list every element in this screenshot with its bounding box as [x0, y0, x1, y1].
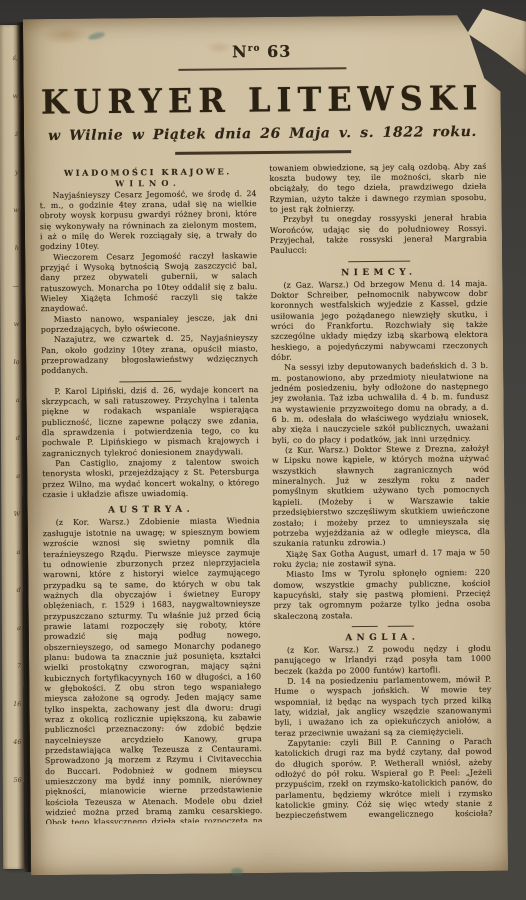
paragraph: Nazajutrz, we czwartek d. 25, Nayjaśniey…: [41, 333, 258, 376]
masthead-divider-bottom: [175, 150, 351, 154]
right-column: towaniem obwiedzione, są jey całą ozdobą…: [269, 161, 492, 821]
paragraph: Zapytanie: czyli Bill P. Canning o Parac…: [275, 737, 493, 824]
paragraph: D. 14 na posiedzeniu parlamentowem, mówi…: [274, 675, 492, 739]
paragraph: P. Karol Lipiński, dziś d. 26, wydaje ko…: [41, 385, 259, 459]
paragraph: (z Kor. Warsz.) Z powodu nędzy i głodu p…: [274, 644, 491, 677]
paragraph: Miasto nanowo, wspanialey jescze, jak dn…: [41, 313, 258, 336]
issue-value: 63: [267, 42, 291, 61]
section-divider-double: [274, 625, 491, 628]
issue-prefix: N: [232, 42, 248, 61]
paragraph: (z Kur. Warsz.) Doktor Stewe z Drezna, z…: [272, 444, 490, 550]
section-divider: [348, 260, 410, 262]
section-heading-wilno: WILNO.: [39, 177, 256, 189]
paragraph: Xiążę Sax Gotha August, umarł d. 17 maja…: [273, 547, 490, 570]
paragraph: Pan Castiglio, znajomy z talentow swoich…: [42, 457, 259, 500]
paragraph: Przybył tu onegday rossyyski jenerał hra…: [270, 213, 487, 256]
paragraph: Nayjaśnieyszy Cesarz Jegomość, we środę …: [40, 189, 258, 253]
section-heading-austria: AUSTRYA.: [43, 505, 260, 517]
left-column: WIADOMOŚCI KRAJOWE. WILNO. Nayjaśnieyszy…: [39, 164, 262, 824]
paragraph: (z Gaz. Warsz.) Od brzegow Menu d. 14 ma…: [270, 278, 488, 363]
section-divider: [119, 380, 181, 382]
section-heading-germany: NIEMCY.: [270, 266, 487, 278]
ink-smudge: [231, 868, 243, 875]
paragraph: (z Kor. Warsz.) Zdobienie miasta Wiednia…: [43, 517, 263, 824]
section-heading-domestic-news: WIADOMOŚCI KRAJOWE.: [39, 166, 256, 178]
paragraph: Miasto Ims w Tyrolu spłonęło ogniem: 220…: [273, 568, 490, 622]
photo-background: ś, w ż y w h — w ło a d a W a d a 7 16 4…: [0, 0, 526, 900]
newspaper-page: Nro 63 KURYER LITEWSKI w Wilnie w Piątek…: [23, 15, 508, 876]
dateline: w Wilnie w Piątek dnia 26 Maja v. s. 182…: [24, 124, 501, 145]
body-columns: WIADOMOŚCI KRAJOWE. WILNO. Nayjaśnieyszy…: [24, 161, 507, 824]
paragraph: Na sessyi izby deputowanych badeńskich d…: [271, 361, 489, 446]
issue-superscript: ro: [248, 44, 261, 54]
issue-number: Nro 63: [23, 40, 500, 64]
newspaper-title: KURYER LITEWSKI: [24, 78, 501, 122]
paragraph: towaniem obwiedzione, są jey całą ozdobą…: [269, 161, 486, 215]
masthead-divider-top: [178, 67, 346, 71]
section-heading-england: ANGLIA.: [274, 632, 491, 644]
paragraph: Wieczorem Cesarz Jegomość raczył łaskawi…: [40, 251, 258, 315]
